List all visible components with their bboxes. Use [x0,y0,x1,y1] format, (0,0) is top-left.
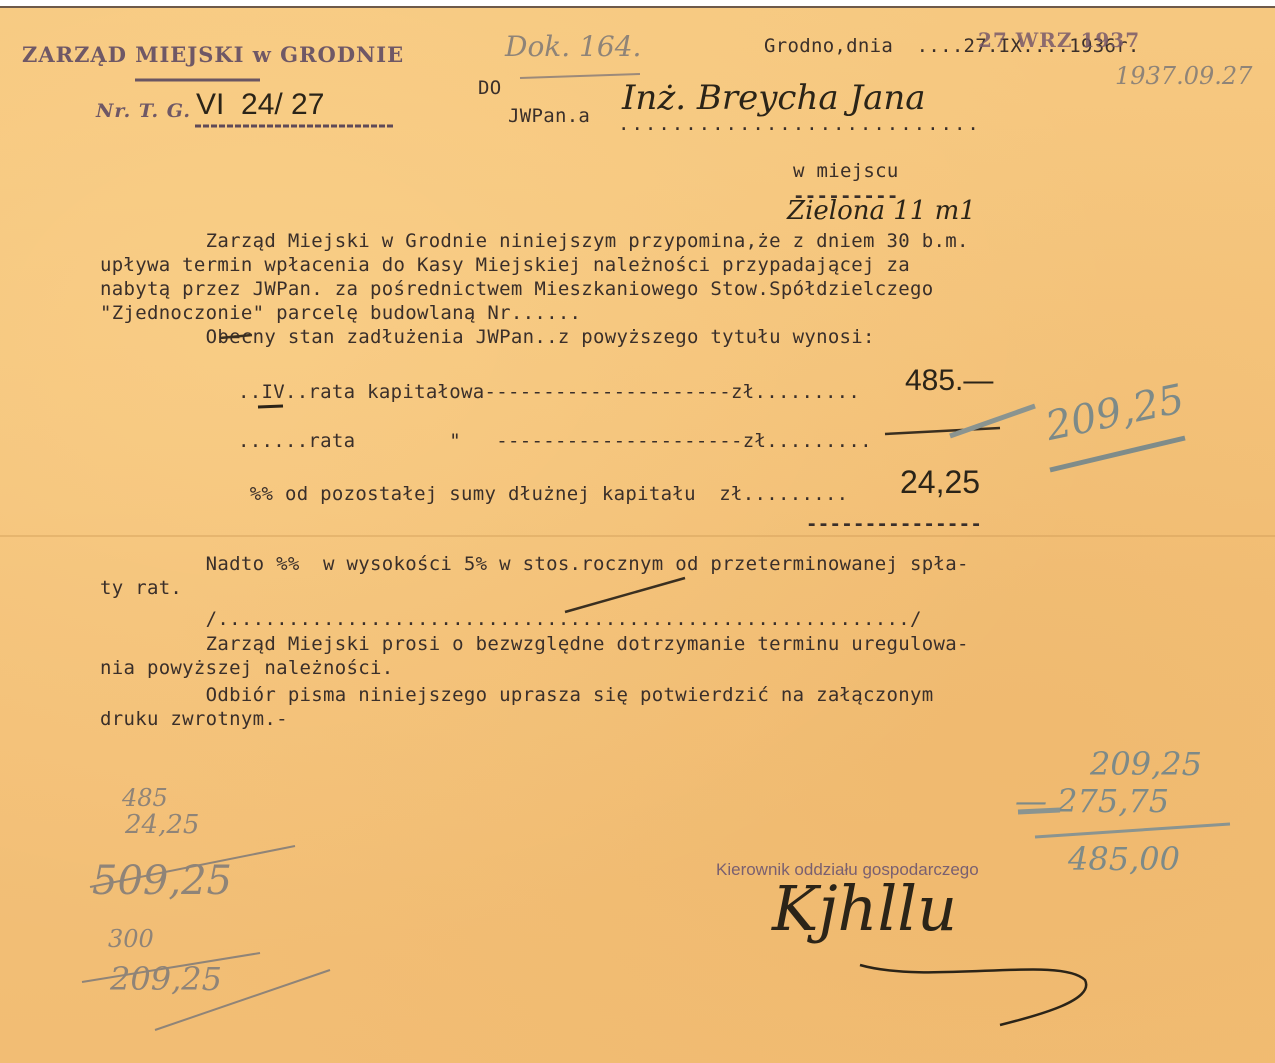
calc-line: 485,00 [1068,840,1180,878]
calc-line: — 275,75 [1015,782,1169,820]
location: w miejscu [793,160,899,182]
body-line: Nadto %% w wysokości 5% w stos.rocznym o… [100,553,969,575]
calc-line: 509,25 [92,858,232,904]
calc-line: 24,25 [125,810,199,840]
body-line: nabytą przez JWPan. za pośrednictwem Mie… [100,278,933,300]
total-rule: --------------- [806,513,982,535]
item-capital-installment: ..IV..rata kapitałowa-------------------… [238,381,860,403]
calc-line: 485 [122,784,168,812]
body-line: "Zjednoczonie" parcelę budowlaną Nr.....… [100,302,581,324]
body-line: ty rat. [100,577,182,599]
office-stamp: ZARZĄD MIEJSKI w GRODNIE [22,42,404,67]
body-line: Obecny stan zadłużenia JWPan..z powyższe… [100,326,875,348]
calc-line: 209,25 [1090,745,1202,783]
to-label: DO [478,77,501,99]
body-line: druku zwrotnym.- [100,708,288,730]
date-pencil-note: 1937.09.27 [1115,62,1252,90]
paper-fold [0,535,1275,537]
date-stamp: 27 WRZ 1937 [978,28,1140,52]
item-interest-amount: 24,25 [900,464,980,501]
item-installment: ......rata " ---------------------zł....… [238,430,872,452]
reference-number: VI 24/ 27 [196,88,324,122]
document-number-note: Dok. 164. [505,30,641,63]
signature: Kjhllu [772,872,957,945]
body-line: Zarząd Miejski w Grodnie niniejszym przy… [100,230,969,252]
reference-stamp: Nr. T. G. [96,100,191,122]
body-line: Odbiór pisma niniejszego upraszа się pot… [100,684,933,706]
item-capital-amount: 485.— [905,364,993,398]
body-line: upływa termin wpłacenia do Kasy Miejskie… [100,254,910,276]
calc-line: 209,25 [110,960,222,998]
body-line: Zarząd Miejski prosi o bezwzględne dotrz… [100,633,969,655]
body-line: /.......................................… [100,608,922,630]
addressee-name: Inż. Breycha Jana [622,78,926,118]
calc-line: 300 [108,925,154,953]
body-line: nia powyższej należności. [100,657,393,679]
street-address: Zielona 11 m1 [787,196,976,226]
item-interest: %% od pozostałej sumy dłużnej kapitału z… [238,483,848,505]
addressee-prefix: JWPan.a [508,105,590,127]
